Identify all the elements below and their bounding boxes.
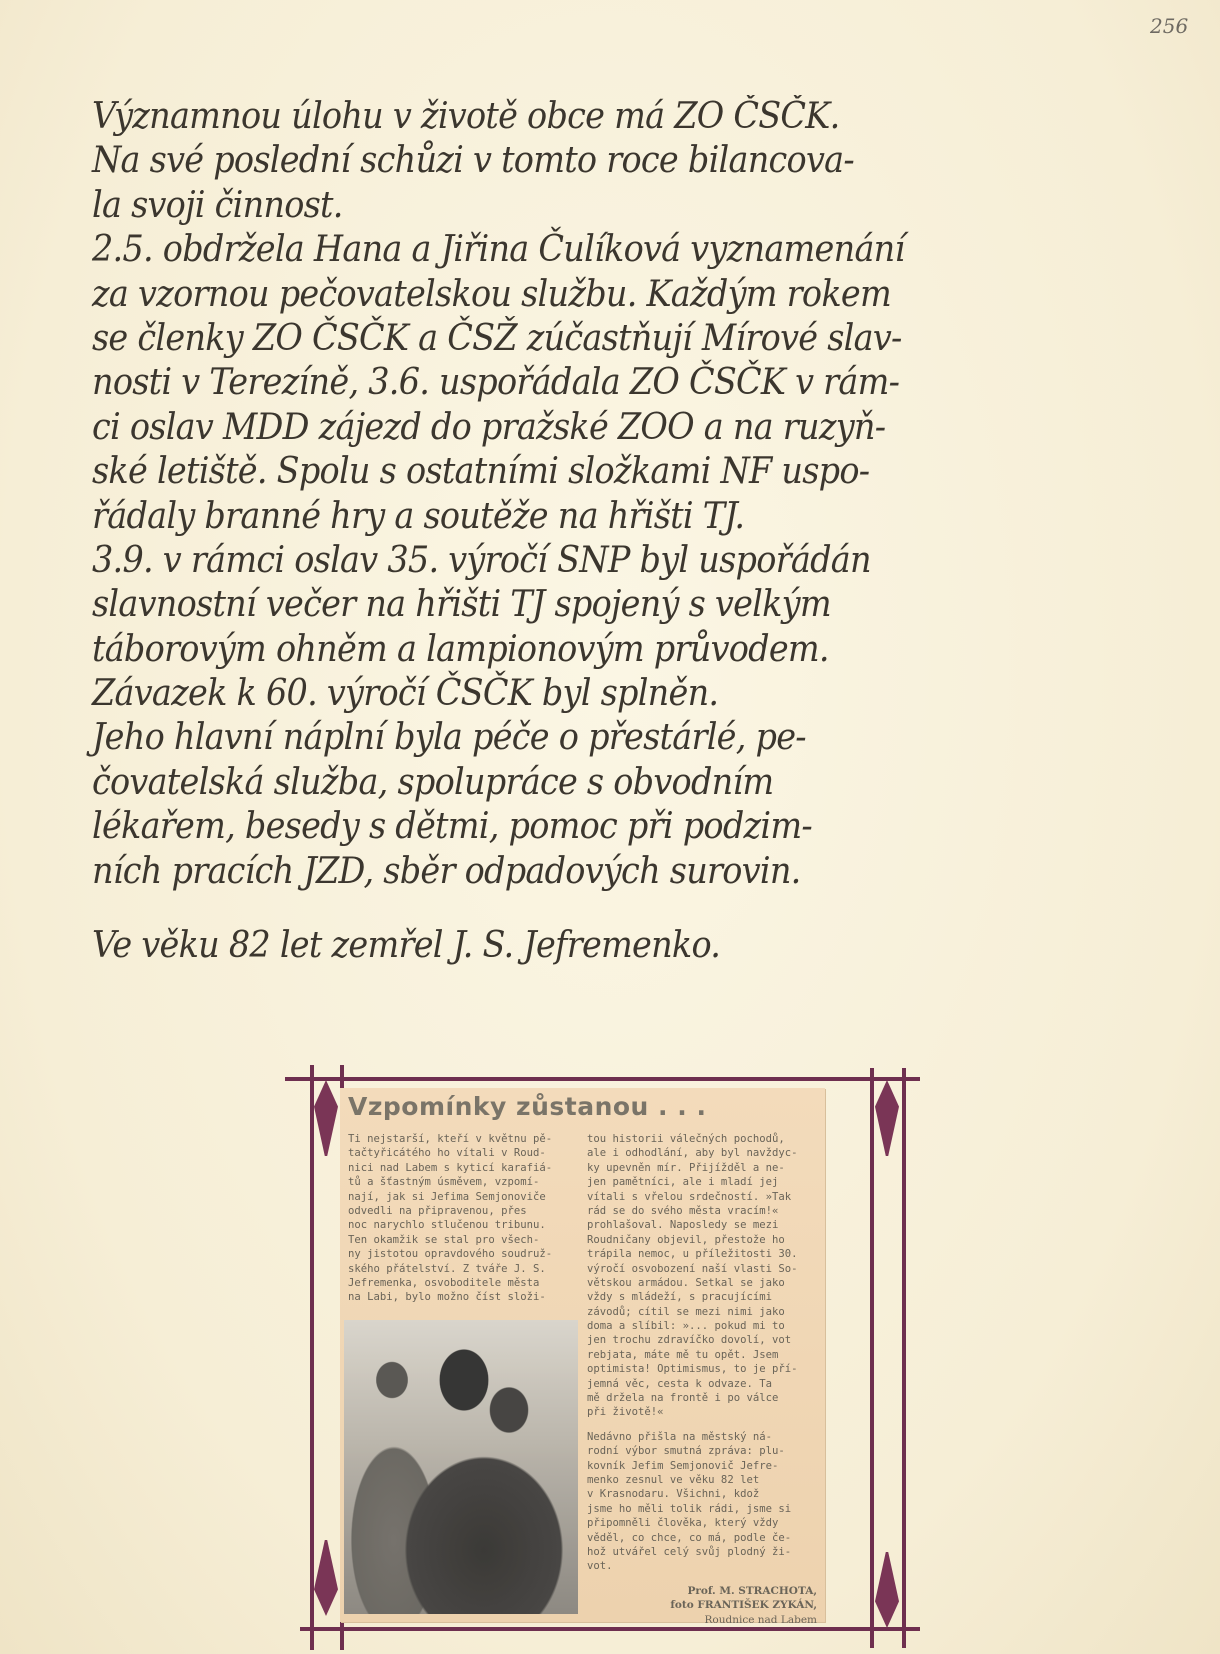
frame-bottom-rule <box>300 1627 920 1631</box>
clipping-text-line: mě držela na frontě i po válce <box>587 1391 817 1405</box>
clipping-text-line: tů a šťastným úsměvem, vzpomí- <box>348 1175 578 1189</box>
clipping-text-line: Ten okamžik se stal pro všech- <box>348 1233 578 1247</box>
clipping-photo <box>344 1320 578 1614</box>
handwritten-line: nosti v Terezíně, 3.6. uspořádala ZO ČSČ… <box>92 361 1134 405</box>
clipping-text-line: výročí osvobození naší vlasti So- <box>587 1262 817 1276</box>
handwritten-line: Na své poslední schůzi v tomto roce bila… <box>92 139 1134 183</box>
clipping-text-line: nají, jak si Jefima Semjonoviče <box>348 1190 578 1204</box>
clipping-text-line: doma a slíbil: »... pokud mi to <box>587 1319 817 1333</box>
clipping-text-line: ale i odhodlání, aby byl navždyc- <box>587 1146 817 1160</box>
clipping-text-line: závodů; cítil se mezi nimi jako <box>587 1305 817 1319</box>
handwritten-line: se členky ZO ČSČK a ČSŽ zúčastňují Mírov… <box>92 317 1134 361</box>
clipping-text-line: vždy s mládeží, s pracujícími <box>587 1290 817 1304</box>
clipping-text-line: Ti nejstarší, kteří v květnu pě- <box>348 1132 578 1146</box>
clipping-text-line: věděl, co chce, co má, podle če- <box>587 1531 817 1545</box>
handwritten-line: Závazek k 60. výročí ČSČK byl splněn. <box>92 672 1134 716</box>
clipping-text-line: připomněli člověka, který vždy <box>587 1516 817 1530</box>
byline-photographer: foto FRANTIŠEK ZYKÁN, <box>670 1599 817 1611</box>
clipping-text-line: menko zesnul ve věku 82 let <box>587 1473 817 1487</box>
byline-author: Prof. M. STRACHOTA, <box>687 1585 817 1597</box>
handwritten-line: 2.5. obdržela Hana a Jiřina Čulíková vyz… <box>92 228 1134 272</box>
clipping-text-line: v Krasnodaru. Všichni, kdož <box>587 1487 817 1501</box>
clipping-text-line: optimista! Optimismus, to je pří- <box>587 1362 817 1376</box>
handwritten-line: ních pracích JZD, sběr odpadových surovi… <box>92 850 1134 894</box>
clipping-text-line: trápila nemoc, u příležitosti 30. <box>587 1247 817 1261</box>
handwritten-line: ské letiště. Spolu s ostatními složkami … <box>92 450 1134 494</box>
handwritten-closing-line: Ve věku 82 let zemřel J. S. Jefremenko. <box>92 924 1134 968</box>
frame-right-rule-inner <box>870 1068 874 1648</box>
clipping-text-line: při životě!« <box>587 1405 817 1419</box>
frame-ornament-bottom-left <box>314 1540 338 1616</box>
frame-left-rule-outer <box>310 1065 314 1650</box>
clipping-text-line: nici nad Labem s kyticí karafiá- <box>348 1161 578 1175</box>
handwritten-chronicle-text: Významnou úlohu v životě obce má ZO ČSČK… <box>92 95 1134 968</box>
clipping-text-line: hož utvářel celý svůj plodný ži- <box>587 1545 817 1559</box>
clipping-text-line: jsme ho měli tolik rádi, jsme si <box>587 1502 817 1516</box>
handwritten-line: řádaly branné hry a soutěže na hřišti TJ… <box>92 495 1134 539</box>
frame-right-rule-outer <box>902 1068 906 1648</box>
handwritten-line: 3.9. v rámci oslav 35. výročí SNP byl us… <box>92 539 1134 583</box>
clipping-text-line: vítali s vřelou srdečností. »Tak <box>587 1190 817 1204</box>
handwritten-line: slavnostní večer na hřišti TJ spojený s … <box>92 583 1134 627</box>
clipping-text-line: rád se do svého města vracím!« <box>587 1204 817 1218</box>
clipping-text-line: ského přátelství. Z tváře J. S. <box>348 1262 578 1276</box>
clipping-text-line: jen pamětníci, ale i mladí jej <box>587 1175 817 1189</box>
page-number: 256 <box>1150 14 1188 38</box>
frame-ornament-top-right <box>875 1080 899 1156</box>
handwritten-line: lékařem, besedy s dětmi, pomoc při podzi… <box>92 805 1134 849</box>
clipping-text-line: rebjata, máte mě tu opět. Jsem <box>587 1348 817 1362</box>
frame-top-rule <box>285 1077 920 1081</box>
clipping-text-line: jemná věc, cesta k odvaze. Ta <box>587 1377 817 1391</box>
clipping-text-line: větskou armádou. Setkal se jako <box>587 1276 817 1290</box>
clipping-text-line: Jefremenka, osvoboditele města <box>348 1276 578 1290</box>
handwritten-line: la svoji činnost. <box>92 184 1134 228</box>
clipping-text-line: tou historii válečných pochodů, <box>587 1132 817 1146</box>
clipping-text-line: ky upevněn mír. Přijížděl a ne- <box>587 1161 817 1175</box>
clipping-text-line: rodní výbor smutná zpráva: plu- <box>587 1444 817 1458</box>
clipping-text-line: Roudničany objevil, přestože ho <box>587 1233 817 1247</box>
clipping-text-line: ny jistotou opravdového soudruž- <box>348 1247 578 1261</box>
handwritten-line: ci oslav MDD zájezd do pražské ZOO a na … <box>92 406 1134 450</box>
clipping-text-line: Nedávno přišla na městský ná- <box>587 1430 817 1444</box>
clipping-text-line: tačtyřicátého ho vítali v Roud- <box>348 1146 578 1160</box>
clipping-text-line: kovník Jefim Semjonovič Jefre- <box>587 1459 817 1473</box>
clipping-text-line: vot. <box>587 1559 817 1573</box>
clipping-headline: Vzpomínky zůstanou . . . <box>348 1092 706 1121</box>
handwritten-line: táborovým ohněm a lampionovým průvodem. <box>92 628 1134 672</box>
clipping-right-column: tou historii válečných pochodů, ale i od… <box>587 1132 817 1627</box>
handwritten-line: čovatelská služba, spolupráce s obvodním <box>92 761 1134 805</box>
byline-place: Roudnice nad Labem <box>587 1613 817 1627</box>
clipping-text-line: noc narychlo stlučenou tribunu. <box>348 1218 578 1232</box>
clipping-left-column: Ti nejstarší, kteří v květnu pě- tačtyři… <box>348 1132 578 1305</box>
frame-ornament-bottom-right <box>875 1552 899 1628</box>
frame-ornament-top-left <box>314 1080 338 1156</box>
clipping-byline: Prof. M. STRACHOTA, foto FRANTIŠEK ZYKÁN… <box>587 1584 817 1627</box>
clipping-text-line: prohlašoval. Naposledy se mezi <box>587 1218 817 1232</box>
handwritten-line: Významnou úlohu v životě obce má ZO ČSČK… <box>92 95 1134 139</box>
clipping-text-line: odvedli na připravenou, přes <box>348 1204 578 1218</box>
clipping-text-line: jen trochu zdravíčko dovolí, vot <box>587 1333 817 1347</box>
clipping-text-line: na Labi, bylo možno číst složi- <box>348 1290 578 1304</box>
handwritten-line: za vzornou pečovatelskou službu. Každým … <box>92 273 1134 317</box>
newspaper-clipping: Vzpomínky zůstanou . . . Ti nejstarší, k… <box>340 1088 825 1622</box>
handwritten-line: Jeho hlavní náplní byla péče o přestárlé… <box>92 716 1134 760</box>
